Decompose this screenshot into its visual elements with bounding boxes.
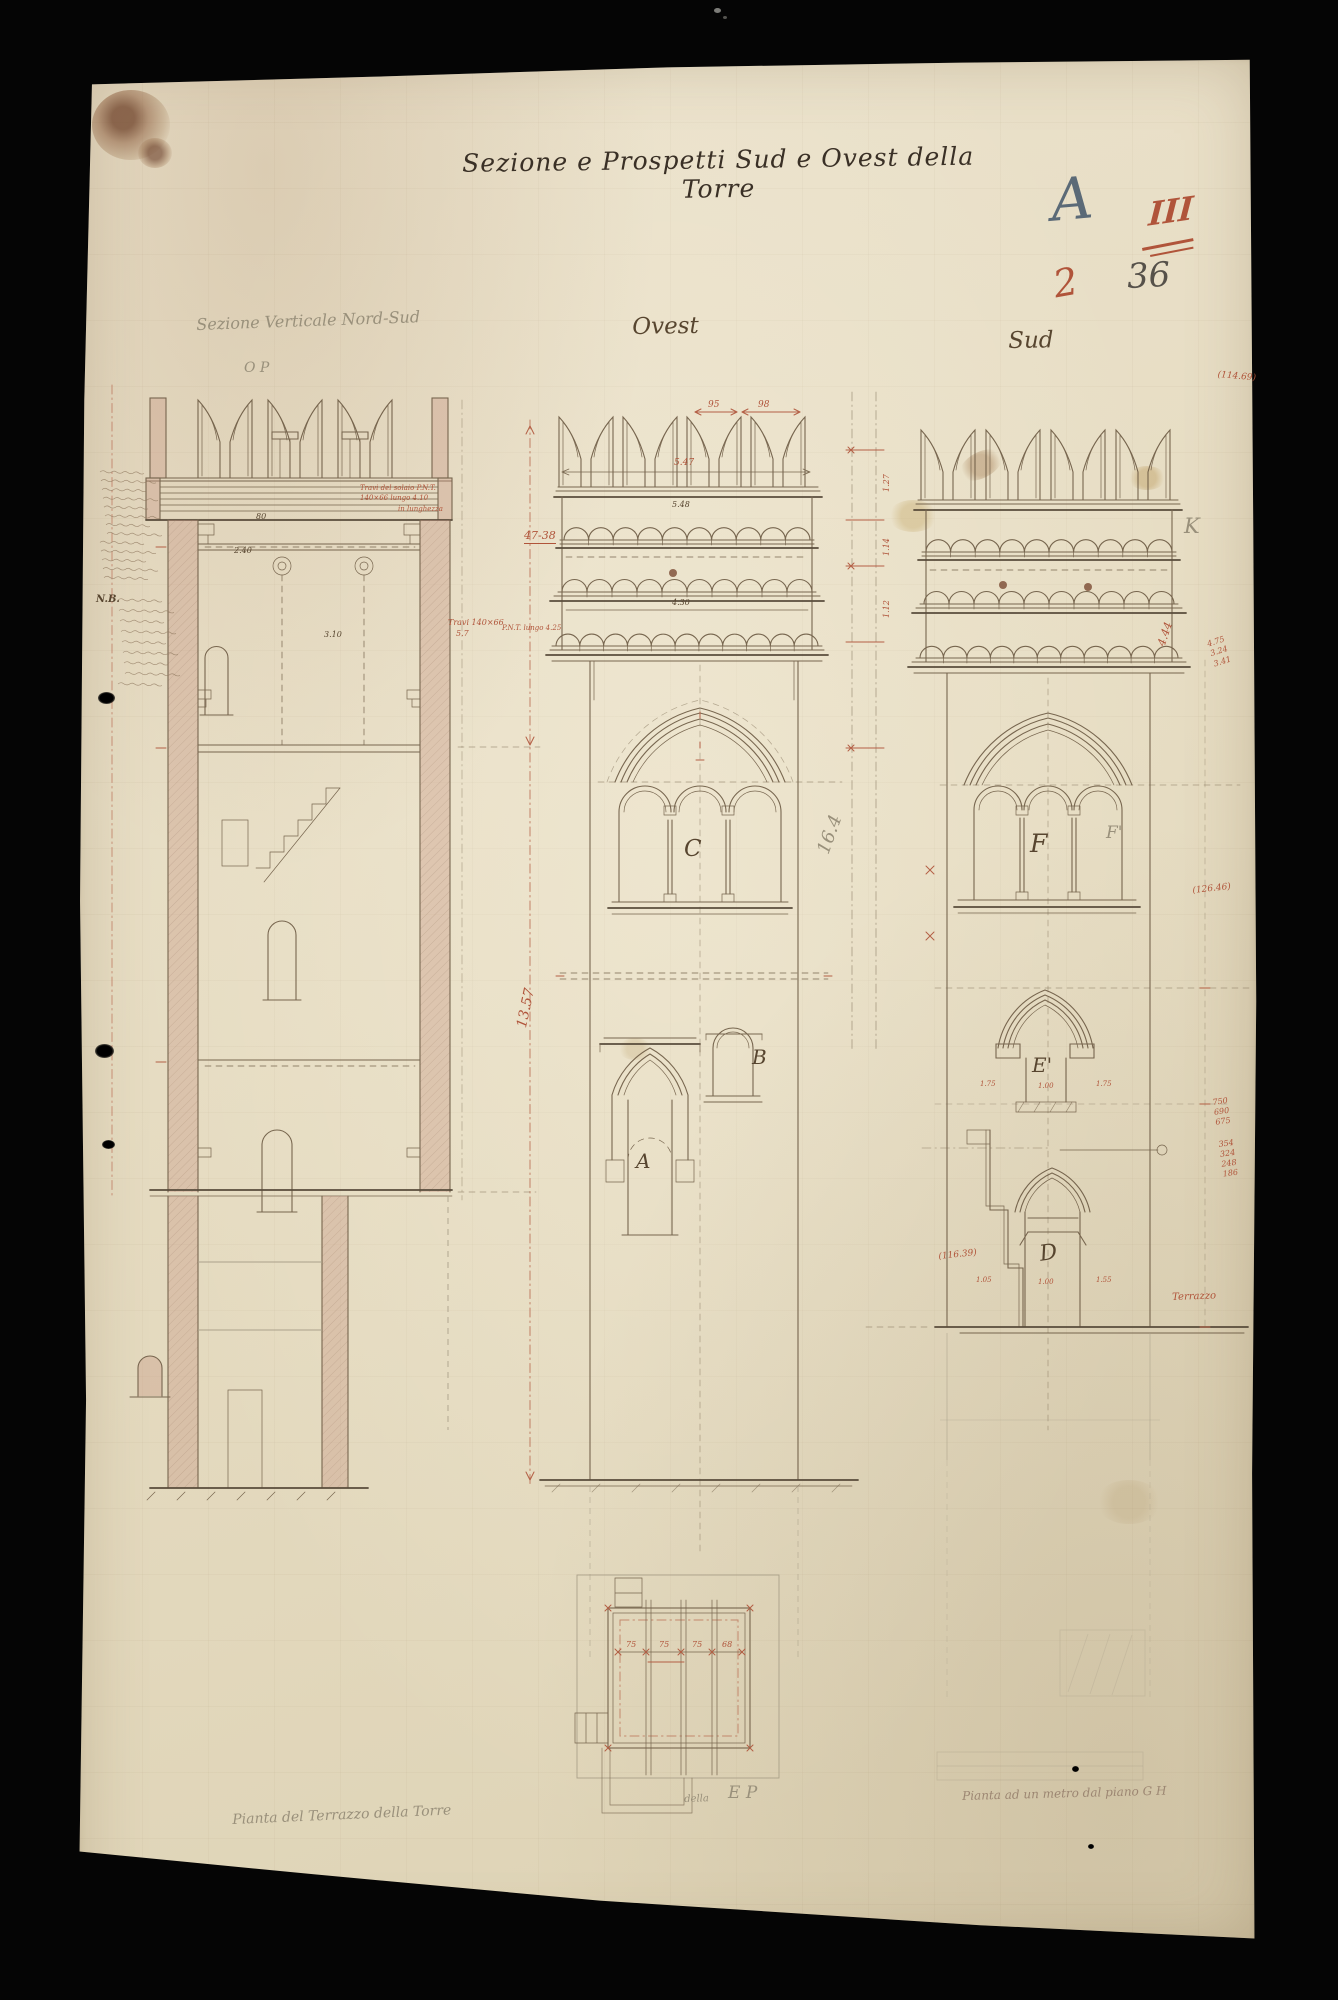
- archival-mark-roman: III: [1147, 190, 1194, 234]
- dim-d3: 1.55: [1096, 1276, 1112, 1284]
- sheet-title: Sezione e Prospetti Sud e Ovest della To…: [448, 142, 989, 207]
- window-letter-d: D: [1038, 1240, 1059, 1268]
- dim-mid2: 1.14: [882, 538, 891, 556]
- dim-e1: 1.75: [980, 1080, 996, 1088]
- paper-hole: [98, 692, 115, 704]
- plan-note-small: della: [684, 1793, 709, 1805]
- construction-lines-mid: [846, 392, 884, 1052]
- artwork-svg: [0, 0, 1338, 2000]
- dim-548: 5.48: [672, 500, 690, 509]
- dim-mid1: 1.27: [882, 474, 891, 492]
- plan-beam-dim: 68: [722, 1640, 732, 1649]
- scan-background: Sezione e Prospetti Sud e Ovest della To…: [0, 0, 1338, 2000]
- terrace-label: Terrazzo: [1172, 1290, 1216, 1303]
- west-elevation: [458, 409, 858, 1658]
- red-note-w1: Travi del solaio P.N.T.: [360, 484, 436, 492]
- nb-note-prefix: N.B.: [96, 594, 120, 606]
- red-note-w6: 5.7: [456, 629, 469, 638]
- dim-98: 98: [758, 400, 769, 410]
- section-sublabel: O P: [244, 360, 269, 376]
- red-note-w7: P.N.T. lungo 4.25: [502, 624, 561, 632]
- dim-95: 95: [708, 400, 719, 410]
- paper-hole: [102, 1140, 115, 1149]
- plan-beam-dim: 75: [659, 1640, 669, 1649]
- margin-letter-k: K: [1184, 514, 1200, 538]
- dim-d1: 1.05: [976, 1276, 992, 1284]
- plan-note-large: E P: [728, 1784, 757, 1804]
- dim-547: 5.47: [674, 458, 694, 468]
- red-note-w3: in lunghezza: [398, 505, 443, 513]
- dim-e3: 1.75: [1096, 1080, 1112, 1088]
- plan-beam-dim: 75: [692, 1640, 702, 1649]
- section-view: [112, 385, 462, 1500]
- dim-e2: 1.00: [1038, 1082, 1054, 1090]
- dim-mid3: 1.12: [882, 600, 891, 618]
- south-label: Sud: [1008, 327, 1054, 354]
- plan-beam-dim: 75: [626, 1640, 636, 1649]
- dim-sec1: 80: [256, 512, 266, 521]
- red-note-w2: 140×66 lungo 4.10: [360, 494, 428, 502]
- window-letter-f: F: [1030, 830, 1047, 859]
- archival-mark-a: A: [1048, 164, 1096, 234]
- west-label: Ovest: [632, 313, 699, 341]
- window-letter-c: C: [684, 836, 702, 862]
- window-letter-b: B: [752, 1046, 767, 1069]
- terrace-plan: [575, 1575, 1145, 1813]
- red-note-w5: Travi 140×66: [448, 618, 504, 627]
- paper-hole: [1088, 1844, 1094, 1849]
- dim-sec2: 2.40: [234, 546, 252, 555]
- south-elevation: [866, 430, 1250, 1700]
- paper-hole: [95, 1044, 114, 1058]
- window-letter-f2: F': [1106, 824, 1122, 844]
- door-letter-a: A: [636, 1150, 650, 1173]
- red-note-w4: 47-38: [524, 530, 556, 544]
- archival-mark-36: 36: [1126, 256, 1171, 297]
- dim-430: 4.30: [672, 598, 690, 607]
- paper-hole: [1072, 1766, 1079, 1772]
- dim-d2: 1.00: [1038, 1278, 1054, 1286]
- dim-sec3: 3.10: [324, 630, 342, 639]
- window-letter-e: E': [1032, 1054, 1052, 1077]
